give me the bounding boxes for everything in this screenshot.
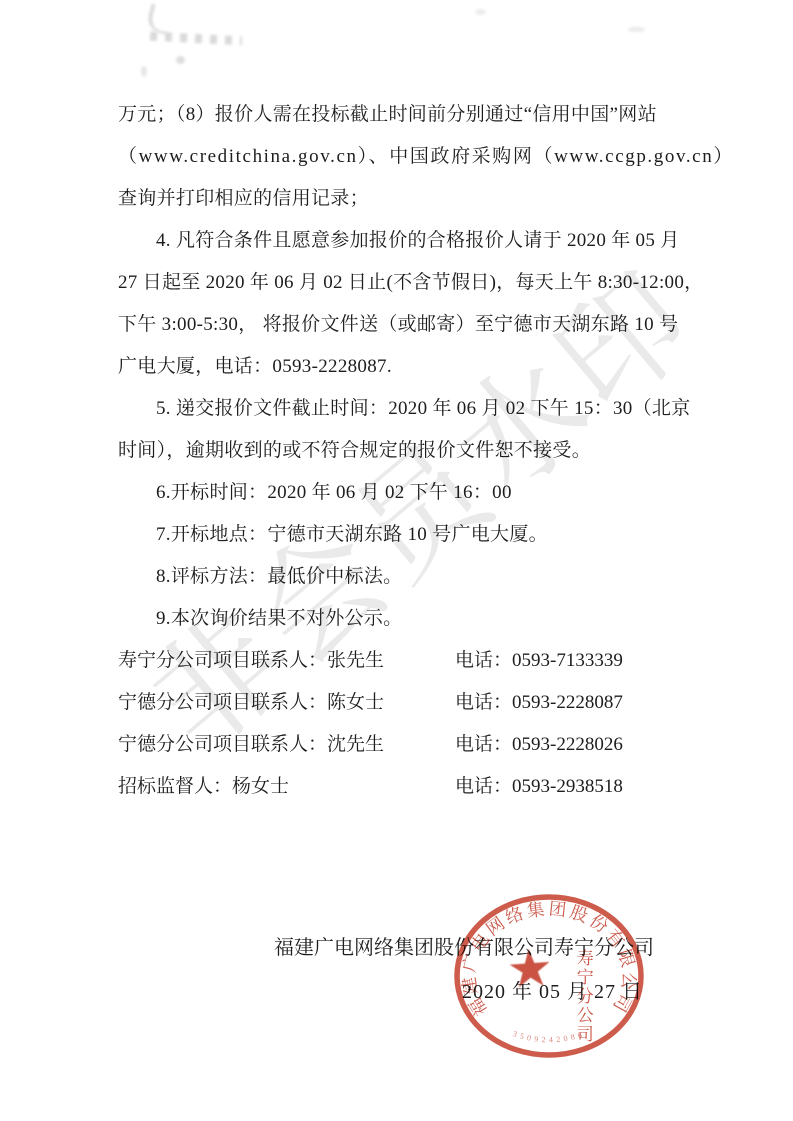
contact-label: 寿宁分公司项目联系人：张先生 — [118, 650, 384, 671]
contact-label: 招标监督人：杨女士 — [118, 776, 289, 797]
official-seal: 福建广电网络集团股份有限公司 3509242086 ★ 寿宁分公司 — [451, 893, 647, 1059]
contact-row: 寿宁分公司项目联系人：张先生 电话：0593-7133339 — [118, 640, 718, 682]
contact-row: 宁德分公司项目联系人：陈女士 电话：0593-2228087 — [118, 682, 718, 724]
doc-line: 9.本次询价结果不对外公示。 — [118, 598, 718, 640]
doc-line: 6.开标时间：2020 年 06 月 02 下午 16：00 — [118, 472, 718, 514]
doc-line: 广电大厦，电话：0593-2228087. — [118, 346, 718, 388]
contact-label: 宁德分公司项目联系人：陈女士 — [118, 692, 384, 713]
scan-artifact — [475, 9, 486, 15]
doc-line: 下午 3:00-5:30， 将报价文件送（或邮寄）至宁德市天湖东路 10 号 — [118, 304, 718, 346]
contact-row: 招标监督人：杨女士 电话：0593-2938518 — [118, 766, 718, 808]
doc-line: 时间），逾期收到的或不符合规定的报价文件恕不接受。 — [118, 430, 718, 472]
contact-phone: 电话：0593-2938518 — [455, 766, 623, 808]
scan-artifact — [150, 32, 242, 46]
contact-label: 宁德分公司项目联系人：沈先生 — [118, 734, 384, 755]
contact-phone: 电话：0593-2228087 — [455, 682, 623, 724]
star-icon: ★ — [505, 942, 555, 997]
scan-artifact — [141, 66, 147, 77]
doc-line: （www.creditchina.gov.cn）、中国政府采购网（www.ccg… — [118, 136, 718, 178]
seal-branch-text: 寿宁分公司 — [573, 949, 592, 1044]
doc-line: 8.评标方法：最低价中标法。 — [118, 556, 718, 598]
document-text-block: 万元；（8）报价人需在投标截止时间前分别通过“信用中国”网站 （www.cred… — [118, 94, 718, 808]
scan-artifact — [176, 56, 185, 64]
scan-artifact — [628, 27, 645, 32]
doc-line: 查询并打印相应的信用记录； — [118, 178, 718, 220]
contact-phone: 电话：0593-2228026 — [455, 724, 623, 766]
contact-phone: 电话：0593-7133339 — [455, 640, 623, 682]
doc-line: 4. 凡符合条件且愿意参加报价的合格报价人请于 2020 年 05 月 — [118, 220, 718, 262]
scanned-document-page: 非会员水印 万元；（8）报价人需在投标截止时间前分别通过“信用中国”网站 （ww… — [0, 0, 793, 1121]
doc-line: 5. 递交报价文件截止时间：2020 年 06 月 02 下午 15：30（北京 — [118, 388, 718, 430]
contact-row: 宁德分公司项目联系人：沈先生 电话：0593-2228026 — [118, 724, 718, 766]
doc-line: 万元；（8）报价人需在投标截止时间前分别通过“信用中国”网站 — [118, 94, 718, 136]
doc-line: 27 日起至 2020 年 06 月 02 日止(不含节假日)，每天上午 8:3… — [118, 262, 718, 304]
doc-line: 7.开标地点：宁德市天湖东路 10 号广电大厦。 — [118, 514, 718, 556]
